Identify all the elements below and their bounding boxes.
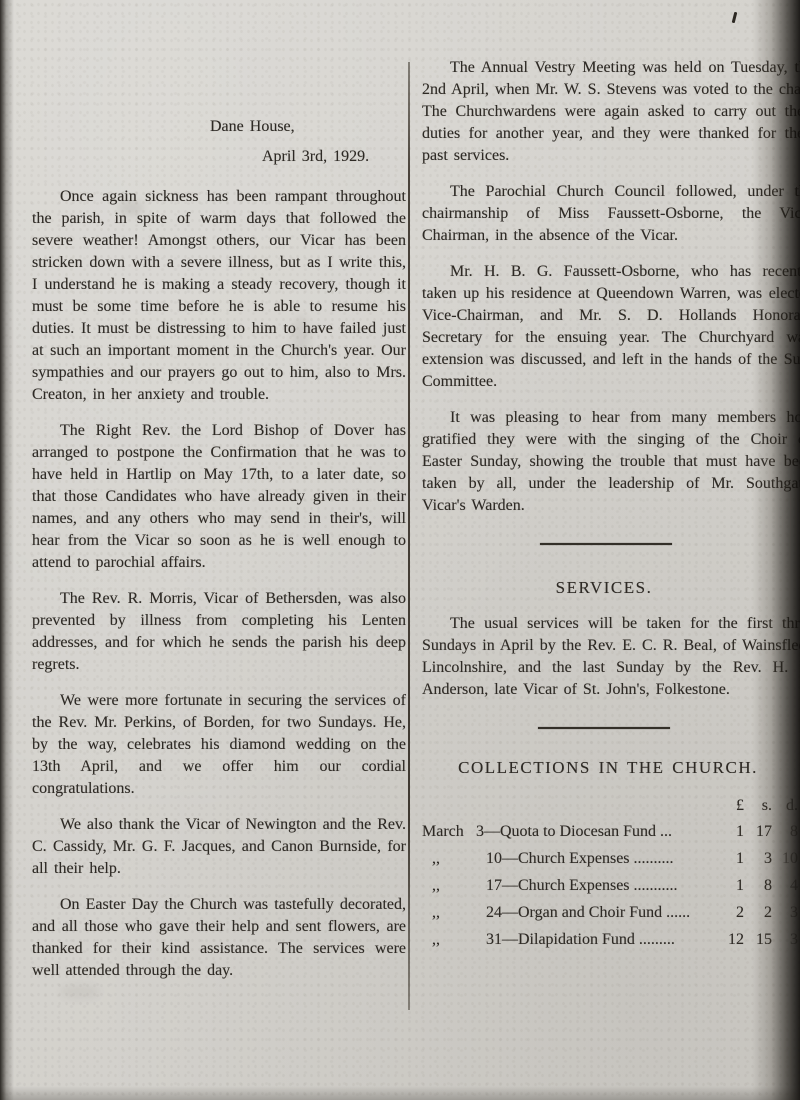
section-divider-rule: [538, 727, 670, 729]
scan-edge-shadow-left: [0, 0, 14, 1100]
paragraph-rev-morris: The Rev. R. Morris, Vicar of Bethersden,…: [32, 588, 406, 676]
ink-smudge: [118, 200, 144, 216]
row-pounds: 2: [710, 902, 744, 924]
row-pounds: 1: [710, 848, 744, 870]
left-column: Dane House, April 3rd, 1929. Once again …: [32, 116, 406, 982]
paragraph-faussett-osborne: Mr. H. B. G. Faussett-Osborne, who has r…: [422, 261, 800, 393]
table-row: ,, 10—Church Expenses .......... 1 3 10: [422, 848, 798, 875]
table-row: ,, 31—Dilapidation Fund ......... 12 15 …: [422, 929, 798, 956]
collections-currency-header: £ s. d.: [422, 795, 798, 819]
row-month: ,,: [422, 929, 478, 951]
services-heading: SERVICES.: [408, 577, 800, 599]
date-line: April 3rd, 1929.: [262, 146, 406, 168]
paragraph-rev-perkins: We were more fortunate in securing the s…: [32, 690, 406, 800]
collections-heading: COLLECTIONS IN THE CHURCH.: [412, 757, 800, 779]
row-pounds: 12: [710, 929, 744, 951]
table-row: March 3—Quota to Diocesan Fund ... 1 17 …: [422, 821, 798, 848]
paragraph-easter-day: On Easter Day the Church was tastefully …: [32, 894, 406, 982]
row-entry: 24—Organ and Choir Fund ......: [478, 902, 710, 924]
column-divider-rule: [408, 62, 410, 1010]
section-divider-rule: [540, 543, 672, 545]
scan-edge-shadow-right: [752, 0, 800, 1100]
paragraph-sickness: Once again sickness has been rampant thr…: [32, 186, 406, 406]
paragraph-vestry-meeting: The Annual Vestry Meeting was held on Tu…: [422, 57, 800, 167]
ink-mark: [732, 12, 738, 23]
row-entry: 31—Dilapidation Fund .........: [478, 929, 710, 951]
paragraph-choir-singing: It was pleasing to hear from many member…: [422, 407, 800, 517]
pounds-header: £: [710, 795, 744, 817]
paragraph-thanks: We also thank the Vicar of Newington and…: [32, 814, 406, 880]
scanned-newsletter-page: Dane House, April 3rd, 1929. Once again …: [0, 0, 800, 1100]
row-month: ,,: [422, 902, 478, 924]
paragraph-services: The usual services will be taken for the…: [422, 613, 800, 701]
address-line: Dane House,: [210, 116, 406, 138]
row-pounds: 1: [710, 875, 744, 897]
row-month: ,,: [422, 875, 478, 897]
ink-smudge: [292, 315, 310, 357]
table-row: ,, 24—Organ and Choir Fund ...... 2 2 3: [422, 902, 798, 929]
row-pounds: 1: [710, 821, 744, 843]
row-entry: 17—Church Expenses ...........: [478, 875, 710, 897]
row-entry: 10—Church Expenses ..........: [478, 848, 710, 870]
row-entry: 3—Quota to Diocesan Fund ...: [468, 821, 710, 843]
paragraph-church-council: The Parochial Church Council followed, u…: [422, 181, 800, 247]
right-column: The Annual Vestry Meeting was held on Tu…: [422, 57, 800, 956]
scan-edge-shadow-bottom: [0, 1086, 800, 1100]
collections-table: £ s. d. March 3—Quota to Diocesan Fund .…: [422, 795, 800, 956]
ink-smudge: [60, 985, 100, 999]
table-row: ,, 17—Church Expenses ........... 1 8 4: [422, 875, 798, 902]
row-month: ,,: [422, 848, 478, 870]
paragraph-confirmation: The Right Rev. the Lord Bishop of Dover …: [32, 420, 406, 574]
row-month: March: [422, 821, 468, 843]
